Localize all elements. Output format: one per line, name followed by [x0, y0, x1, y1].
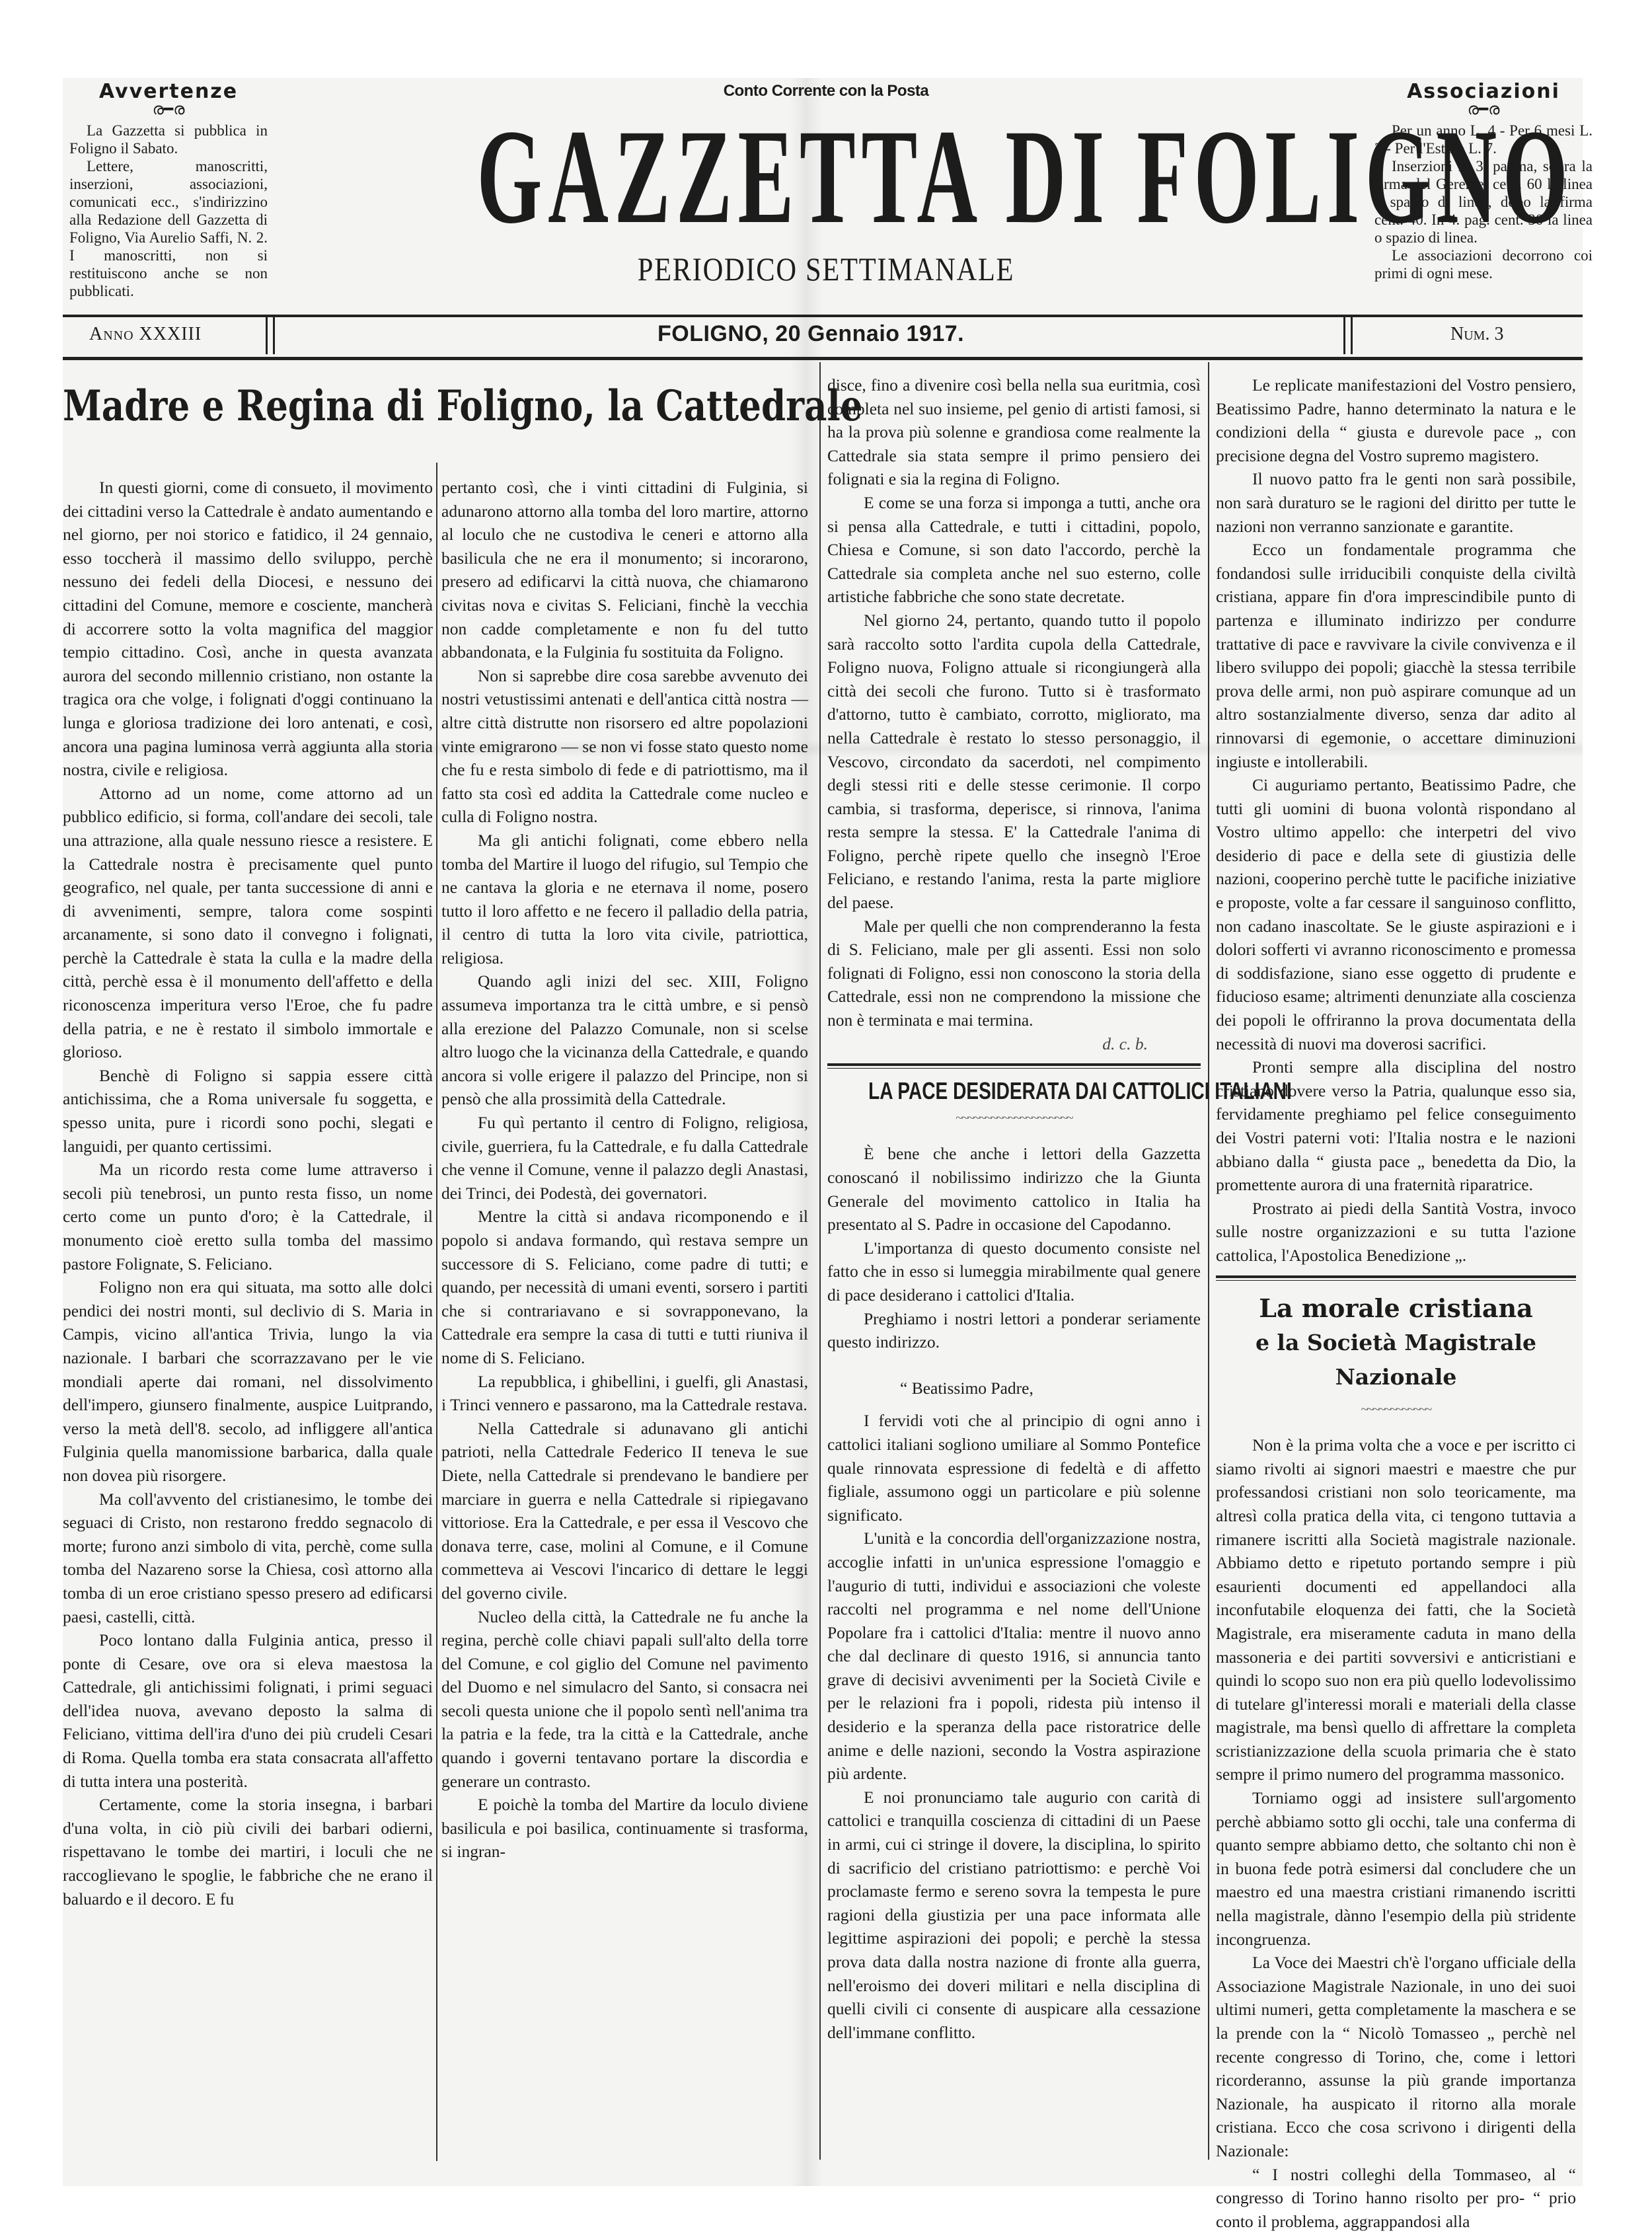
wavy-ornament-icon: ~~~~~~~~~~~~ — [1216, 1398, 1576, 1422]
column-separator — [1208, 362, 1209, 2160]
paragraph: Attorno ad un nome, come attorno ad un p… — [63, 782, 433, 1064]
headline-line: La morale cristiana — [1216, 1291, 1576, 1326]
paragraph: Quando agli inizi del sec. XIII, Foligno… — [441, 969, 808, 1111]
column-4: Le replicate manifestazioni del Vostro p… — [1216, 373, 1576, 2233]
paragraph: Ma un ricordo resta come lume attraverso… — [63, 1158, 433, 1275]
anno-label: Anno XXXIII — [89, 324, 202, 345]
paragraph: Prostrato ai piedi della Santità Vostra,… — [1216, 1197, 1576, 1268]
divider — [266, 317, 268, 354]
paragraph: La repubblica, i ghibellini, i guelfi, g… — [441, 1370, 808, 1417]
scroll-ornament-icon: ര━ര — [1374, 103, 1593, 116]
newspaper-title: GAZZETTA DI FOLIGNO — [477, 106, 1149, 248]
associazioni-text: Inserzioni in 3. pagina, sopra la firma … — [1374, 157, 1593, 246]
avvertenze-title: Avvertenze — [69, 83, 268, 100]
issue-number: Num. 3 — [1450, 324, 1503, 345]
paragraph: Benchè di Foligno si sappia essere città… — [63, 1064, 433, 1158]
paragraph: Nella Cattedrale si adunavano gli antich… — [441, 1417, 808, 1605]
paragraph: È bene che anche i lettori della Gazzett… — [827, 1142, 1201, 1236]
paragraph: Nel giorno 24, pertanto, quando tutto il… — [827, 609, 1201, 915]
section-divider — [1216, 1275, 1576, 1281]
article-headline-morale: La morale cristiana e la Società Magistr… — [1216, 1291, 1576, 1394]
avvertenze-box: Avvertenze ര━ര La Gazzetta si pubblica i… — [69, 83, 268, 300]
section-divider — [827, 1063, 1201, 1069]
associazioni-title: Associazioni — [1374, 83, 1593, 100]
paragraph: Il nuovo patto fra le genti non sarà pos… — [1216, 467, 1576, 538]
scroll-ornament-icon: ര━ര — [69, 103, 268, 116]
associazioni-text: Per un anno L. 4 - Per 6 mesi L. 2 - Per… — [1374, 122, 1593, 157]
paragraph: Non si saprebbe dire cosa sarebbe avvenu… — [441, 664, 808, 829]
column-separator — [819, 362, 821, 2160]
paragraph: Nucleo della città, la Cattedrale ne fu … — [441, 1605, 808, 1794]
column-separator — [436, 463, 437, 2161]
paragraph: L'importanza di questo documento consist… — [827, 1236, 1201, 1307]
issue-date: FOLIGNO, 20 Gennaio 1917. — [657, 321, 964, 347]
paragraph: L'unità e la concordia dell'organizzazio… — [827, 1527, 1201, 1786]
article-signature: d. c. b. — [827, 1032, 1201, 1056]
paragraph: E poichè la tomba del Martire da loculo … — [441, 1793, 808, 1864]
avvertenze-text: Lettere, manoscritti, inserzioni, associ… — [69, 157, 268, 300]
conto-corrente-line: Conto Corrente con la Posta — [661, 82, 991, 100]
paragraph: Torniamo oggi ad insistere sull'argoment… — [1216, 1786, 1576, 1951]
paragraph: Ecco un fondamentale programma che fonda… — [1216, 538, 1576, 773]
paragraph: I fervidi voti che al principio di ogni … — [827, 1409, 1201, 1527]
dateline-bottom-rule — [63, 357, 1583, 360]
article-cattedrale-col2: pertanto così, che i vinti cittadini di … — [441, 476, 808, 1864]
paragraph: In questi giorni, come di consueto, il m… — [63, 476, 433, 782]
article-cattedrale-col1: In questi giorni, come di consueto, il m… — [63, 476, 433, 1911]
paragraph: Poco lontano dalla Fulginia antica, pres… — [63, 1628, 433, 1793]
divider — [1351, 317, 1353, 354]
paragraph: Pronti sempre alla disciplina del nostro… — [1216, 1055, 1576, 1197]
paragraph: Male per quelli che non comprenderanno l… — [827, 915, 1201, 1032]
column-3: disce, fino a divenire così bella nella … — [827, 373, 1201, 2044]
headline-line: e la Società Magistrale Nazionale — [1216, 1326, 1576, 1394]
divider — [273, 317, 275, 354]
paragraph: Mentre la città si andava ricomponendo e… — [441, 1205, 808, 1369]
paragraph: Preghiamo i nostri lettori a ponderar se… — [827, 1307, 1201, 1354]
avvertenze-text: La Gazzetta si pubblica in Foligno il Sa… — [69, 122, 268, 157]
letter-salutation: “ Beatissimo Padre, — [827, 1377, 1201, 1400]
paragraph: Ci auguriamo pertanto, Beatissimo Padre,… — [1216, 773, 1576, 1055]
paragraph: E come se una forza si imponga a tutti, … — [827, 491, 1201, 609]
paragraph: Ma gli antichi folignati, come ebbero ne… — [441, 829, 808, 970]
wavy-ornament-icon: ~~~~~~~~~~~~~~~~~~~~ — [827, 1107, 1201, 1131]
paragraph: Fu quì pertanto il centro di Foligno, re… — [441, 1111, 808, 1205]
paragraph: Certamente, come la storia insegna, i ba… — [63, 1793, 433, 1911]
paragraph: Foligno non era qui situata, ma sotto al… — [63, 1275, 433, 1487]
paragraph: La Voce dei Maestri ch'è l'organo uffici… — [1216, 1951, 1576, 2162]
paragraph: “ I nostri colleghi della Tommaseo, al “… — [1216, 2163, 1576, 2234]
paragraph: disce, fino a divenire così bella nella … — [827, 373, 1201, 491]
paragraph: Le replicate manifestazioni del Vostro p… — [1216, 373, 1576, 467]
article-headline-pace: LA PACE DESIDERATA DAI CATTOLICI ITALIAN… — [868, 1079, 1160, 1103]
article-headline-cattedrale: Madre e Regina di Foligno, la Cattedrale — [63, 380, 699, 433]
paragraph: pertanto così, che i vinti cittadini di … — [441, 476, 808, 664]
dateline-bar: Anno XXXIII FOLIGNO, 20 Gennaio 1917. Nu… — [63, 316, 1583, 354]
paragraph: E noi pronunciamo tale augurio con carit… — [827, 1786, 1201, 2045]
paragraph: Ma coll'avvento del cristianesimo, le to… — [63, 1488, 433, 1629]
associazioni-text: Le associazioni decorrono coi primi di o… — [1374, 246, 1593, 282]
associazioni-box: Associazioni ര━ര Per un anno L. 4 - Per … — [1374, 83, 1593, 282]
divider — [1343, 317, 1345, 354]
paragraph: Non è la prima volta che a voce e per is… — [1216, 1433, 1576, 1786]
newspaper-subtitle: PERIODICO SETTIMANALE — [574, 250, 1079, 288]
